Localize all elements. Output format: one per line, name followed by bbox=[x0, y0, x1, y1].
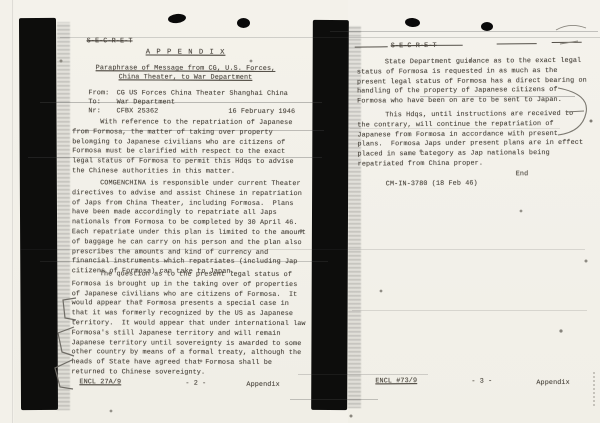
footer-appendix-label: Appendix bbox=[536, 379, 570, 389]
paragraph-5: This Hdqs, until instructions are receiv… bbox=[357, 110, 586, 171]
end-mark: End bbox=[516, 170, 529, 180]
scanned-document: S-E-C-R-E-T A P P E N D I X Paraphrase o… bbox=[0, 0, 600, 423]
paragraph-4: State Department guidance as to the exac… bbox=[357, 57, 588, 108]
right-page-content: S-E-C-R-E-T State Department guidance as… bbox=[0, 0, 600, 423]
classification-stamp: S-E-C-R-E-T bbox=[391, 42, 437, 52]
dash-line bbox=[435, 45, 463, 46]
footer-reference: ENCL #73/9 bbox=[375, 377, 417, 387]
page-number: - 3 - bbox=[471, 377, 492, 387]
paper-specks bbox=[0, 0, 2, 2]
dash-line bbox=[355, 46, 388, 47]
dash-line bbox=[497, 43, 537, 44]
message-reference-number: CM-IN-3780 (18 Feb 46) bbox=[386, 180, 478, 191]
dash-line bbox=[552, 42, 582, 43]
